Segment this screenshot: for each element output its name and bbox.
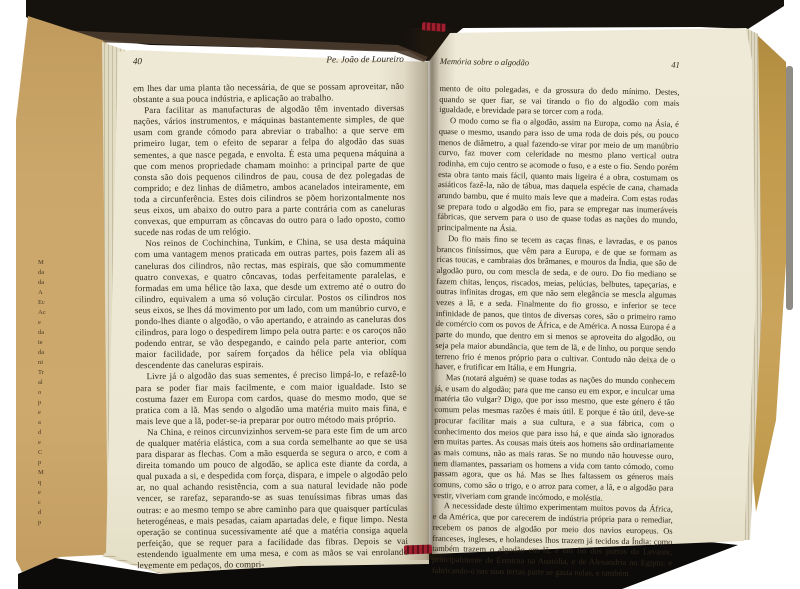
paragraph: Na China, e reinos circunvizinhos servem… — [136, 425, 408, 572]
cover-sliver — [786, 66, 793, 310]
fore-edge-partial-text: M da da A Ec Ac e da te da ni Tr al o p … — [38, 258, 54, 528]
paragraph: Do fio mais fino se tecem as caças finas… — [435, 234, 677, 377]
paragraph: em lhes dar uma planta tão necessária, d… — [133, 81, 404, 106]
headband-top — [422, 22, 446, 32]
left-running-header: Pe. João de Loureiro — [326, 54, 403, 65]
right-page-body: mento de oito polegadas, e da grossura d… — [432, 84, 680, 580]
paragraph: A necessidade deste último experimentam … — [432, 501, 673, 580]
left-page-body: em lhes dar uma planta tão necessária, d… — [133, 81, 408, 571]
left-page-text: 40 Pe. João de Loureiro em lhes dar uma … — [133, 54, 408, 571]
right-page-number: 41 — [671, 60, 680, 70]
open-book-photo: M da da A Ec Ac e da te da ni Tr al o p … — [0, 0, 800, 589]
right-page-text: Memória sobre o algodão 41 mento de oito… — [432, 56, 680, 580]
left-page-header: 40 Pe. João de Loureiro — [133, 54, 404, 66]
paragraph: Livre já o algodão das suas sementes, é … — [136, 369, 407, 427]
paragraph: Mas (notará alguém) se quase todas as na… — [433, 373, 675, 505]
left-page-number: 40 — [133, 56, 142, 66]
right-running-header: Memória sobre o algodão — [440, 56, 529, 67]
paragraph: O modo como se fia o algodão, assim na E… — [437, 116, 679, 237]
paragraph: Para facilitar as manufacturas de algodã… — [133, 103, 405, 238]
paragraph: Nos reinos de Cochinchina, Tunkim, e Chi… — [134, 236, 406, 371]
paragraph: mento de oito polegadas, e da grossura d… — [439, 84, 679, 120]
